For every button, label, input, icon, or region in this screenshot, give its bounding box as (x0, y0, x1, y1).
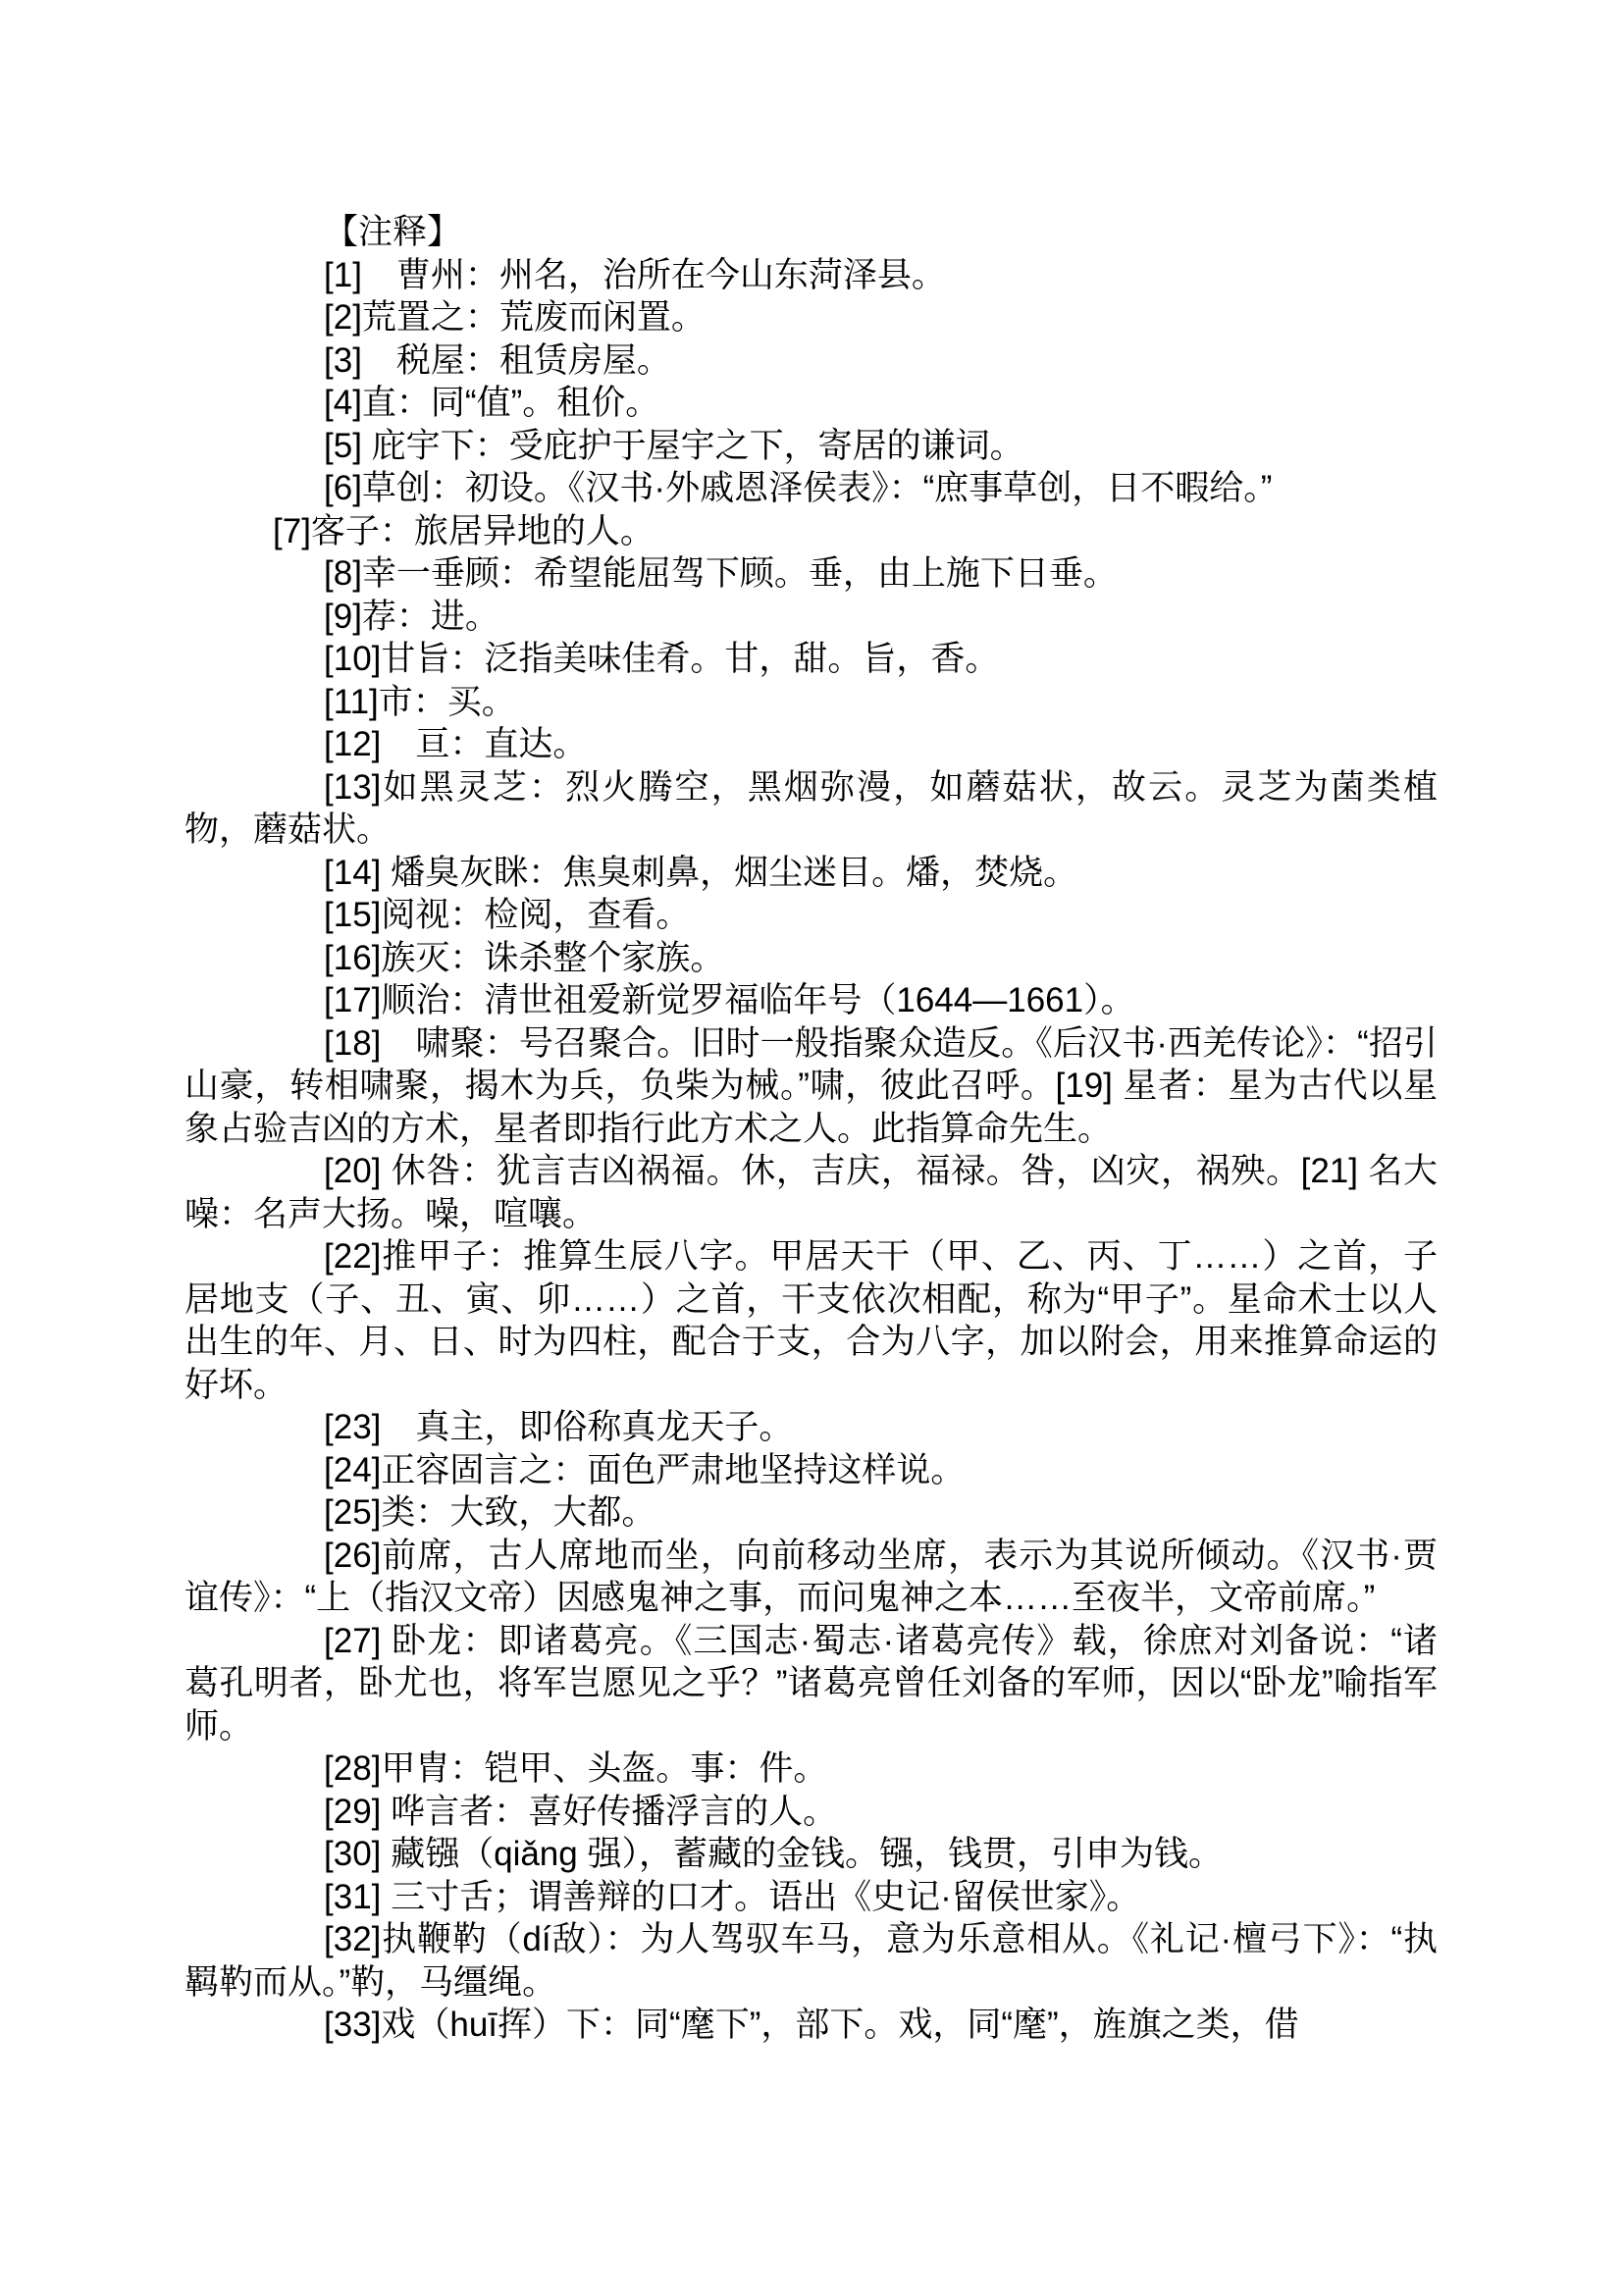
annotation-18-19: [18] 啸聚：号召聚合。旧时一般指聚众造反。《后汉书·西羌传论》：“招引山豪，… (184, 1022, 1438, 1151)
annotation-30: [30] 藏镪（qiǎng 强），蓄藏的金钱。镪，钱贯，引申为钱。 (184, 1833, 1438, 1876)
annotation-8: [8]幸一垂顾：希望能屈驾下顾。垂，由上施下日垂。 (184, 552, 1438, 596)
annotations-heading: 【注释】 (184, 211, 1438, 254)
annotation-27: [27] 卧龙：即诸葛亮。《三国志·蜀志·诸葛亮传》载，徐庶对刘备说：“诸葛孔明… (184, 1620, 1438, 1748)
annotation-17: [17]顺治：清世祖爱新觉罗福临年号（1644—1661）。 (184, 979, 1438, 1022)
annotation-15: [15]阅视：检阅，查看。 (184, 894, 1438, 937)
annotation-13: [13]如黑灵芝：烈火腾空，黑烟弥漫，如蘑菇状，故云。灵芝为菌类植物，蘑菇状。 (184, 766, 1438, 852)
annotation-32: [32]执鞭靮（dí敌）：为人驾驭车马，意为乐意相从。《礼记·檀弓下》：“执羁靮… (184, 1918, 1438, 2004)
annotation-9: [9]荐：进。 (184, 596, 1438, 639)
annotation-31: [31] 三寸舌；谓善辩的口才。语出《史记·留侯世家》。 (184, 1876, 1438, 1919)
annotation-11: [11]市：买。 (184, 681, 1438, 724)
annotation-10: [10]甘旨：泛指美味佳肴。甘，甜。旨，香。 (184, 638, 1438, 681)
annotation-4: [4]直：同“值”。租价。 (184, 382, 1438, 425)
annotation-14: [14] 燔臭灰眯：焦臭刺鼻，烟尘迷目。燔，焚烧。 (184, 852, 1438, 895)
annotation-3: [3] 税屋：租赁房屋。 (184, 339, 1438, 383)
annotation-5: [5] 庇宇下：受庇护于屋宇之下，寄居的谦词。 (184, 425, 1438, 468)
annotation-25: [25]类：大致，大都。 (184, 1491, 1438, 1535)
annotation-16: [16]族灭：诛杀整个家族。 (184, 937, 1438, 980)
annotation-29: [29] 哗言者：喜好传播浮言的人。 (184, 1791, 1438, 1834)
annotation-23: [23] 真主，即俗称真龙天子。 (184, 1406, 1438, 1449)
annotation-26: [26]前席，古人席地而坐，向前移动坐席，表示为其说所倾动。《汉书·贾谊传》：“… (184, 1535, 1438, 1620)
annotation-22: [22]推甲子：推算生辰八字。甲居天干（甲、乙、丙、丁……）之首，子居地支（子、… (184, 1235, 1438, 1406)
annotation-page: 【注释】 [1] 曹州：州名，治所在今山东菏泽县。 [2]荒置之：荒废而闲置。 … (0, 0, 1624, 2294)
annotation-6: [6]草创：初设。《汉书·外戚恩泽侯表》：“庶事草创，日不暇给。” (184, 467, 1438, 510)
annotation-12: [12] 亘：直达。 (184, 723, 1438, 766)
annotation-28: [28]甲胄：铠甲、头盔。事：件。 (184, 1747, 1438, 1791)
annotation-33: [33]戏（huī挥）下：同“麾下”，部下。戏，同“麾”，旌旗之类，借 (184, 2004, 1438, 2047)
annotation-1: [1] 曹州：州名，治所在今山东菏泽县。 (184, 254, 1438, 297)
annotation-24: [24]正容固言之：面色严肃地坚持这样说。 (184, 1449, 1438, 1492)
annotation-20-21: [20] 休咎：犹言吉凶祸福。休，吉庆，福禄。咎，凶灾，祸殃。[21] 名大噪：… (184, 1150, 1438, 1235)
annotation-7: [7]客子：旅居异地的人。 (184, 510, 1438, 553)
annotation-2: [2]荒置之：荒废而闲置。 (184, 296, 1438, 339)
